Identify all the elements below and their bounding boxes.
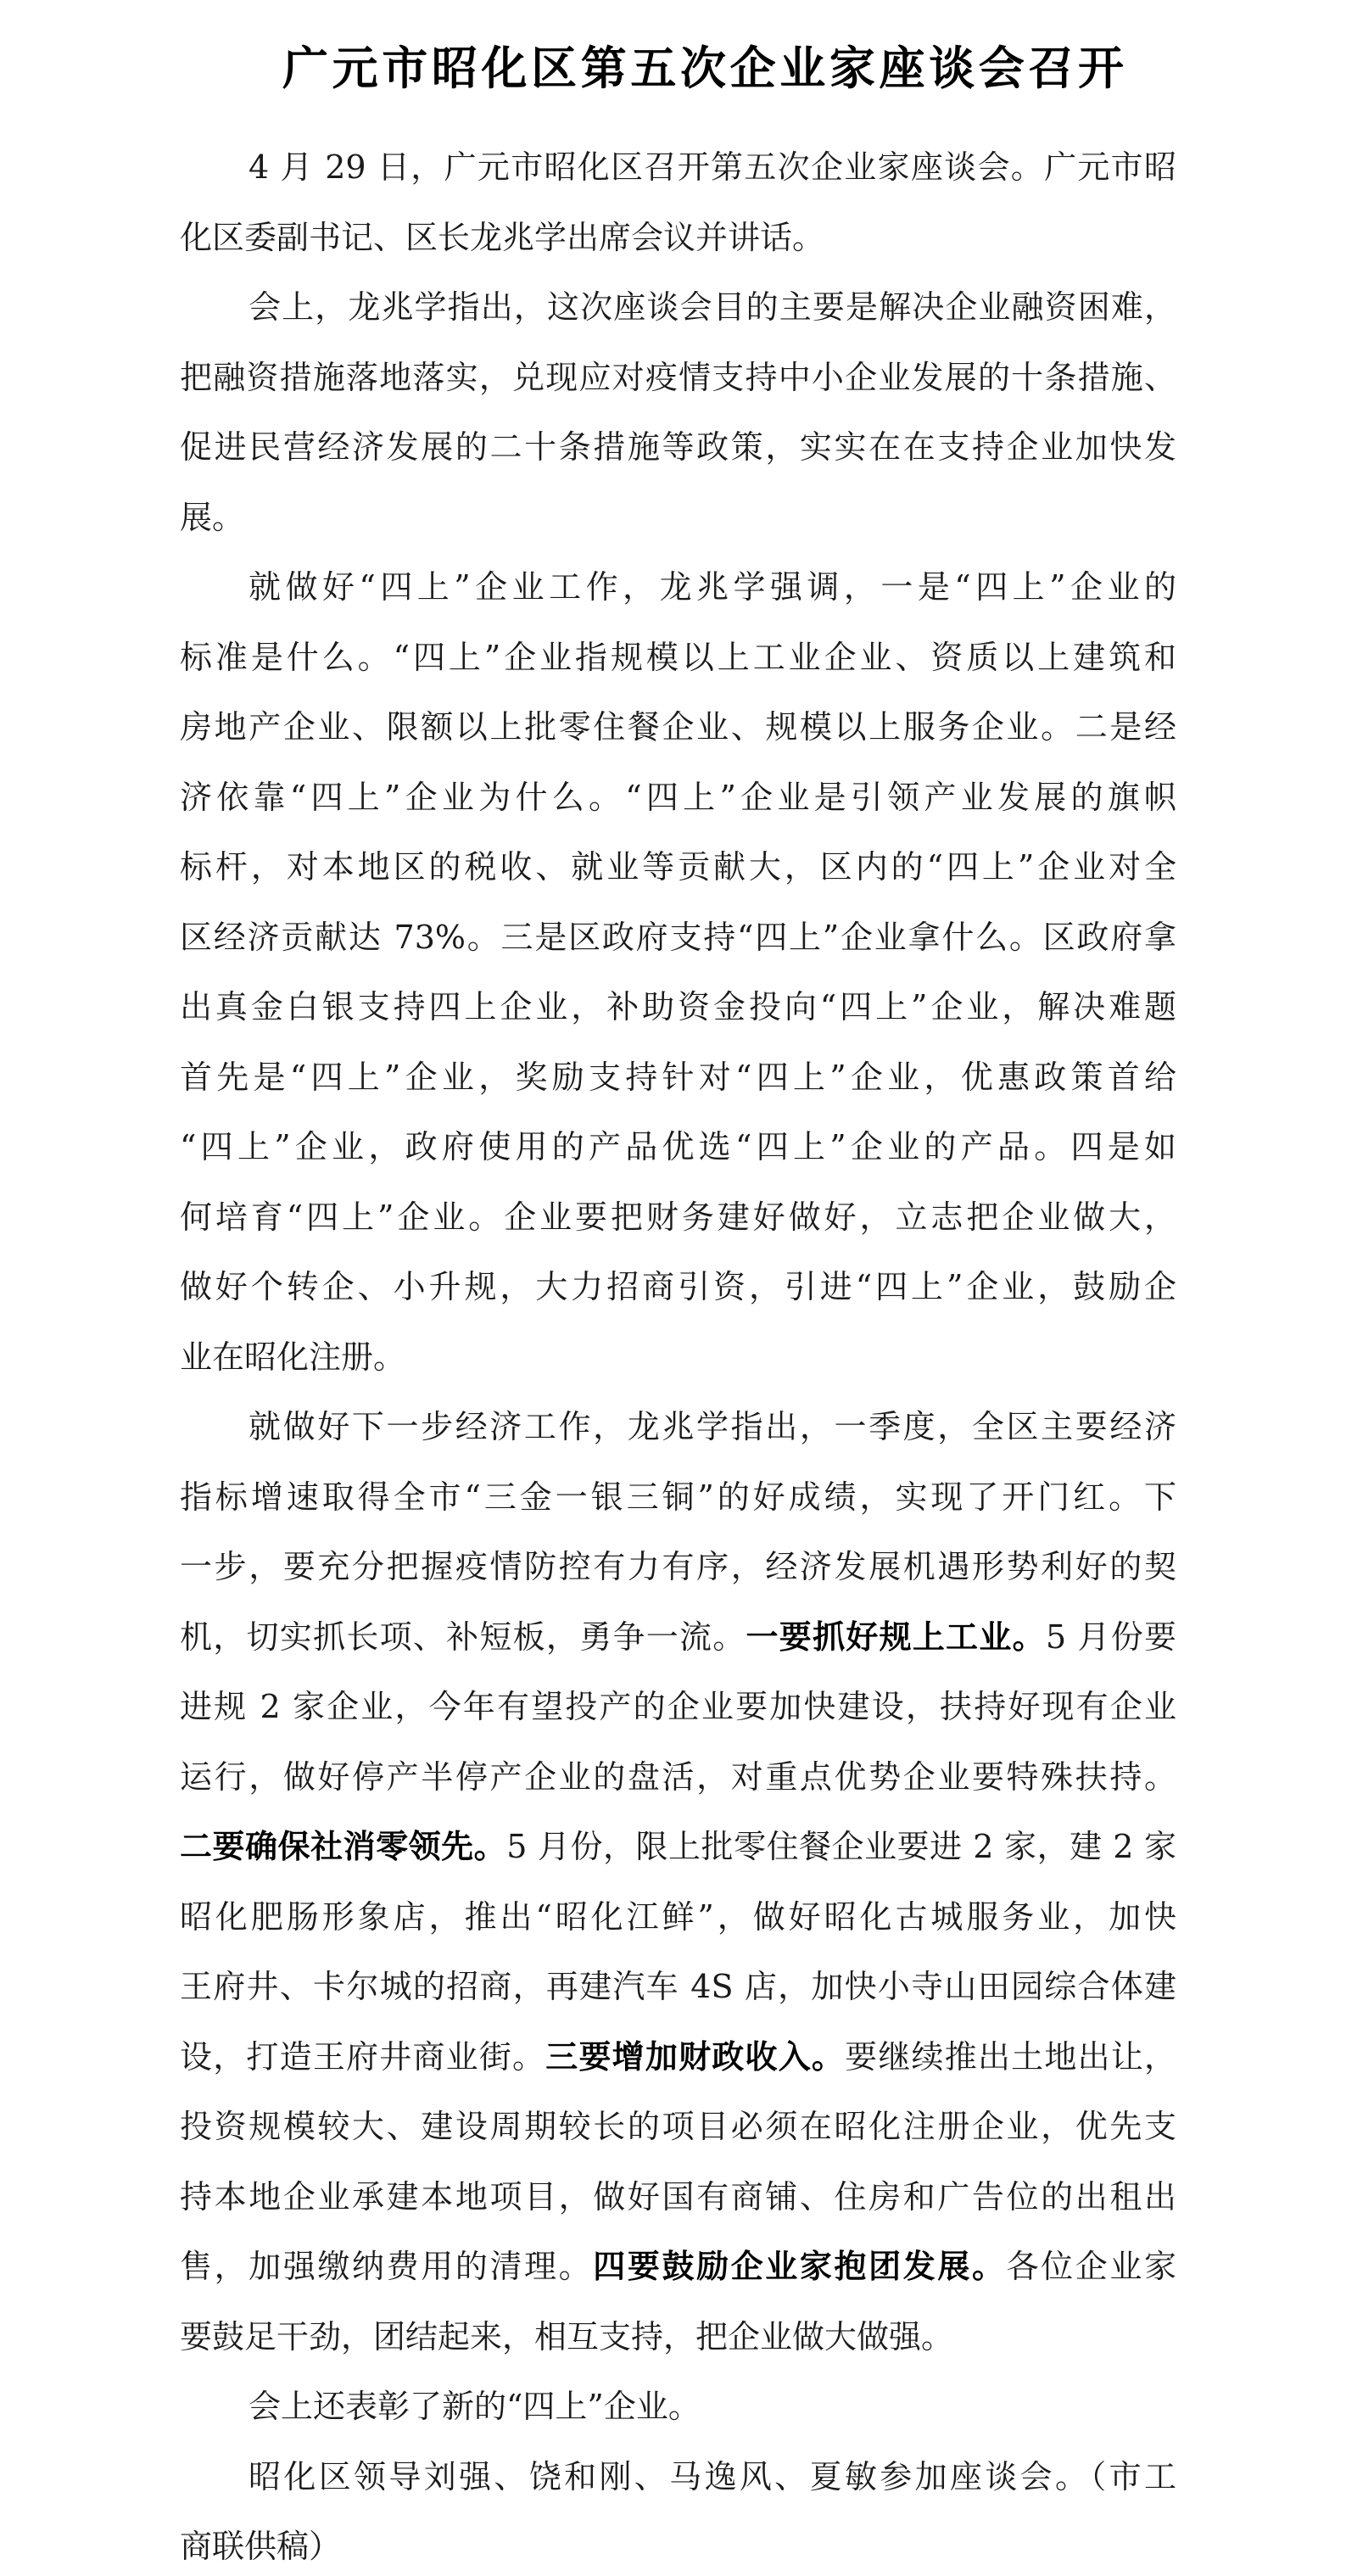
text-line: 设，打造王府井商业街。三要增加财政收入。要继续推出土地出让，	[180, 2022, 1176, 2093]
text-line: 4 月 29 日，广元市昭化区召开第五次企业家座谈会。广元市昭	[180, 132, 1176, 203]
text-run: 促进民营经济发展的二十条措施等政策，实实在在支持企业加快发	[180, 428, 1176, 466]
text-run: 设，打造王府井商业街。	[180, 2038, 545, 2076]
text-run: 昭化肥肠形象店，推出“昭化江鲜”，做好昭化古城服务业，加快	[180, 1898, 1176, 1936]
text-line: 化区委副书记、区长龙兆学出席会议并讲话。	[180, 203, 1176, 273]
text-line: 机，切实抓长项、补短板，勇争一流。一要抓好规上工业。5 月份要	[180, 1602, 1176, 1673]
text-run: 出真金白银支持四上企业，补助资金投向“四上”企业，解决难题	[180, 988, 1176, 1025]
text-line: 业在昭化注册。	[180, 1322, 1176, 1393]
text-run: 标准是什么。“四上”企业指规模以上工业企业、资质以上建筑和	[180, 639, 1176, 676]
text-run: 会上还表彰了新的“四上”企业。	[249, 2388, 701, 2425]
text-line: 何培育“四上”企业。企业要把财务建好做好，立志把企业做大，	[180, 1182, 1176, 1253]
text-line: 首先是“四上”企业，奖励支持针对“四上”企业，优惠政策首给	[180, 1042, 1176, 1113]
text-line: 就做好“四上”企业工作，龙兆学强调，一是“四上”企业的	[180, 552, 1176, 623]
text-run: 机，切实抓长项、补短板，勇争一流。	[180, 1618, 746, 1656]
text-run: 房地产企业、限额以上批零住餐企业、规模以上服务企业。二是经	[180, 708, 1176, 746]
paragraph: 4 月 29 日，广元市昭化区召开第五次企业家座谈会。广元市昭化区委副书记、区长…	[180, 132, 1176, 272]
bold-text: 三要增加财政收入。	[545, 2038, 845, 2076]
text-line: 会上，龙兆学指出，这次座谈会目的主要是解决企业融资困难，	[180, 272, 1176, 343]
text-run: 5 月份要	[1046, 1618, 1176, 1656]
text-line: 房地产企业、限额以上批零住餐企业、规模以上服务企业。二是经	[180, 692, 1176, 763]
text-run: 化区委副书记、区长龙兆学出席会议并讲话。	[180, 219, 824, 256]
paragraph: 会上还表彰了新的“四上”企业。	[180, 2372, 1176, 2442]
text-run: 何培育“四上”企业。企业要把财务建好做好，立志把企业做大，	[180, 1199, 1176, 1236]
text-run: 就做好“四上”企业工作，龙兆学强调，一是“四上”企业的	[249, 568, 1176, 606]
article-body: 4 月 29 日，广元市昭化区召开第五次企业家座谈会。广元市昭化区委副书记、区长…	[180, 132, 1176, 2576]
text-line: 促进民营经济发展的二十条措施等政策，实实在在支持企业加快发	[180, 412, 1176, 483]
paragraph: 就做好下一步经济工作，龙兆学指出，一季度，全区主要经济指标增速取得全市“三金一银…	[180, 1392, 1176, 2372]
text-run: 持本地企业承建本地项目，做好国有商铺、住房和广告位的出租出	[180, 2178, 1176, 2216]
text-line: 要鼓足干劲，团结起来，相互支持，把企业做大做强。	[180, 2302, 1176, 2372]
paragraph: 昭化区领导刘强、饶和刚、马逸风、夏敏参加座谈会。（市工商联供稿）	[180, 2442, 1176, 2576]
text-line: 济依靠“四上”企业为什么。“四上”企业是引领产业发展的旗帜	[180, 763, 1176, 833]
text-run: 就做好下一步经济工作，龙兆学指出，一季度，全区主要经济	[249, 1408, 1176, 1445]
text-run: “四上”企业，政府使用的产品优选“四上”企业的产品。四是如	[180, 1128, 1176, 1165]
bold-text: 四要鼓励企业家抱团发展。	[593, 2248, 1006, 2285]
text-line: 投资规模较大、建设周期较长的项目必须在昭化注册企业，优先支	[180, 2092, 1176, 2162]
text-line: 运行，做好停产半停产企业的盘活，对重点优势企业要特殊扶持。	[180, 1742, 1176, 1813]
text-run: 王府井、卡尔城的招商，再建汽车 4S 店，加快小寺山田园综合体建	[180, 1968, 1176, 2005]
bold-text: 二要确保社消零领先。	[180, 1828, 506, 1865]
text-run: 区经济贡献达 73%。三是区政府支持“四上”企业拿什么。区政府拿	[180, 919, 1176, 956]
text-line: 出真金白银支持四上企业，补助资金投向“四上”企业，解决难题	[180, 972, 1176, 1042]
text-run: 首先是“四上”企业，奖励支持针对“四上”企业，优惠政策首给	[180, 1059, 1176, 1096]
text-line: 做好个转企、小升规，大力招商引资，引进“四上”企业，鼓励企	[180, 1252, 1176, 1322]
text-run: 做好个转企、小升规，大力招商引资，引进“四上”企业，鼓励企	[180, 1268, 1176, 1305]
text-line: 把融资措施落地落实，兑现应对疫情支持中小企业发展的十条措施、	[180, 343, 1176, 413]
text-line: 昭化肥肠形象店，推出“昭化江鲜”，做好昭化古城服务业，加快	[180, 1882, 1176, 1953]
text-run: 投资规模较大、建设周期较长的项目必须在昭化注册企业，优先支	[180, 2108, 1176, 2145]
text-run: 把融资措施落地落实，兑现应对疫情支持中小企业发展的十条措施、	[180, 359, 1176, 396]
text-line: 标准是什么。“四上”企业指规模以上工业企业、资质以上建筑和	[180, 623, 1176, 693]
text-line: 昭化区领导刘强、饶和刚、马逸风、夏敏参加座谈会。（市工	[180, 2442, 1176, 2512]
text-run: 昭化区领导刘强、饶和刚、马逸风、夏敏参加座谈会。（市工	[249, 2458, 1176, 2495]
text-line: 售，加强缴纳费用的清理。四要鼓励企业家抱团发展。各位企业家	[180, 2232, 1176, 2302]
text-run: 展。	[180, 499, 244, 536]
text-line: “四上”企业，政府使用的产品优选“四上”企业的产品。四是如	[180, 1112, 1176, 1182]
paragraph: 就做好“四上”企业工作，龙兆学强调，一是“四上”企业的标准是什么。“四上”企业指…	[180, 552, 1176, 1392]
text-run: 要继续推出土地出让，	[845, 2038, 1176, 2076]
paragraph: 会上，龙兆学指出，这次座谈会目的主要是解决企业融资困难，把融资措施落地落实，兑现…	[180, 272, 1176, 552]
text-line: 区经济贡献达 73%。三是区政府支持“四上”企业拿什么。区政府拿	[180, 902, 1176, 973]
text-run: 运行，做好停产半停产企业的盘活，对重点优势企业要特殊扶持。	[180, 1758, 1176, 1796]
text-line: 一步，要充分把握疫情防控有力有序，经济发展机遇形势利好的契	[180, 1532, 1176, 1602]
text-line: 标杆，对本地区的税收、就业等贡献大，区内的“四上”企业对全	[180, 832, 1176, 902]
text-line: 就做好下一步经济工作，龙兆学指出，一季度，全区主要经济	[180, 1392, 1176, 1462]
text-run: 一步，要充分把握疫情防控有力有序，经济发展机遇形势利好的契	[180, 1548, 1176, 1585]
text-run: 商联供稿）	[180, 2528, 341, 2565]
text-run: 要鼓足干劲，团结起来，相互支持，把企业做大做强。	[180, 2318, 953, 2355]
text-run: 业在昭化注册。	[180, 1338, 405, 1376]
text-line: 会上还表彰了新的“四上”企业。	[180, 2372, 1176, 2442]
text-line: 进规 2 家企业，今年有望投产的企业要加快建设，扶持好现有企业	[180, 1672, 1176, 1742]
text-run: 会上，龙兆学指出，这次座谈会目的主要是解决企业融资困难，	[249, 288, 1176, 326]
text-run: 进规 2 家企业，今年有望投产的企业要加快建设，扶持好现有企业	[180, 1688, 1176, 1725]
text-run: 指标增速取得全市“三金一银三铜”的好成绩，实现了开门红。下	[180, 1478, 1176, 1516]
text-line: 二要确保社消零领先。5 月份，限上批零住餐企业要进 2 家，建 2 家	[180, 1812, 1176, 1882]
text-line: 商联供稿）	[180, 2512, 1176, 2576]
text-line: 持本地企业承建本地项目，做好国有商铺、住房和广告位的出租出	[180, 2162, 1176, 2232]
text-line: 展。	[180, 483, 1176, 553]
text-run: 4 月 29 日，广元市昭化区召开第五次企业家座谈会。广元市昭	[249, 148, 1176, 186]
bold-text: 一要抓好规上工业。	[746, 1618, 1046, 1656]
text-run: 标杆，对本地区的税收、就业等贡献大，区内的“四上”企业对全	[180, 848, 1176, 886]
article-title: 广元市昭化区第五次企业家座谈会召开	[282, 36, 1124, 100]
text-run: 济依靠“四上”企业为什么。“四上”企业是引领产业发展的旗帜	[180, 779, 1176, 816]
text-line: 王府井、卡尔城的招商，再建汽车 4S 店，加快小寺山田园综合体建	[180, 1952, 1176, 2022]
text-run: 各位企业家	[1007, 2248, 1176, 2285]
text-run: 5 月份，限上批零住餐企业要进 2 家，建 2 家	[506, 1828, 1176, 1865]
text-run: 售，加强缴纳费用的清理。	[180, 2248, 593, 2285]
text-line: 指标增速取得全市“三金一银三铜”的好成绩，实现了开门红。下	[180, 1462, 1176, 1533]
